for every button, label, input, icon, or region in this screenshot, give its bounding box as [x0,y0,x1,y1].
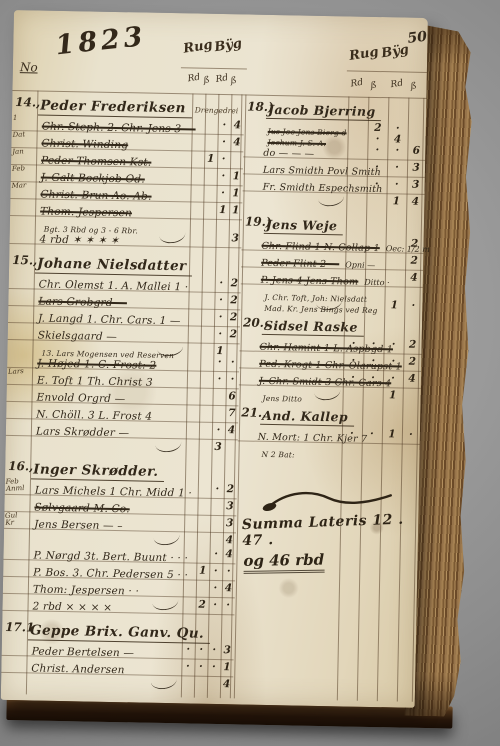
ledger-entry: 15.,Johane NielsdatterChr. Olemst 1. A. … [6,252,242,454]
value-cell: · [226,356,239,368]
left-column-entries: 14.,Peder FrederiksenDrengedrei1Chr. Ste… [1,94,245,700]
ledger-row: N 2 Bat: [238,441,420,455]
right-subcolumn-3: Rd [390,78,404,90]
ledger-entry: 16.,Inger Skrødder.Feb AnmlLars Michels … [2,458,237,615]
no-column-label: No [20,60,38,74]
value-cell: 4 [230,136,243,148]
right-column-group-2: Bÿg [380,42,410,61]
value-cell: · [215,277,228,289]
value-cell: · [207,661,220,673]
value-cell: 3 [223,500,236,512]
value-cell: 7 [225,407,238,419]
value-cell: · [209,548,222,560]
value-cell: 1 [196,565,209,577]
left-column-group-1: Rug [182,37,213,56]
value-cell: · [367,161,387,173]
ruled-line [181,67,247,69]
row-text: 2 rbd × × × × [32,600,112,614]
ledger-photograph: 1823 No 50 Rug Bÿg Rd ß Rd ß Rug Bÿg Rd … [0,0,500,746]
value-cell: · [383,355,403,367]
value-cell: · [226,373,239,385]
value-cell: 2 [224,483,237,495]
value-cell: · [182,643,195,655]
ledger-row: 2 rbd × × × ×2·· [2,594,234,615]
right-subcolumn-4: ß [410,81,417,92]
summary-line-2: og 46 rbd [241,544,418,575]
value-cell: · [209,565,222,577]
value-cell: · [384,338,404,350]
value-cell: · [402,429,420,441]
value-cell: · [364,338,384,350]
value-cell: · [222,565,235,577]
value-cell: 4 [405,272,423,284]
value-cell: 4 [406,196,424,208]
value-cell: · [217,153,230,165]
value-cell: 3 [407,179,425,191]
value-cell: · [209,599,222,611]
value-cell: 2 [228,277,241,289]
entry-title-note: Drengedrei [195,105,239,115]
ledger-entry: 20.,Sidsel RaskeChr. Hamint 1 L. Aspbgd … [239,314,423,399]
value-cell: 1 [384,299,404,311]
value-cell: 2 [196,599,209,611]
value-cell: 4 [223,534,236,546]
ledger-entry: 19.)Jens WejeChr. Flind 1 N. Collap 1Oec… [240,213,424,309]
value-cell: · [217,136,230,148]
row-text: N 2 Bat: [261,450,294,460]
value-cell: 2 [405,238,423,250]
value-cell: 3 [221,644,234,656]
value-cell: · [367,144,387,156]
value-cell: 3 [223,517,236,529]
value-cell: · [221,599,234,611]
margin-note: Dat [12,131,40,140]
value-cell: 4 [222,548,235,560]
sum-curl [314,389,341,401]
entry-number: 17.1 [5,620,34,635]
summary-text: Summa Lateris 12 . 47 . [242,511,419,549]
ledger-page: 1823 No 50 Rug Bÿg Rd ß Rd ß Rug Bÿg Rd … [1,10,428,708]
value-cell: 2 [227,294,240,306]
value-cell: 1 [386,195,406,207]
entry-number: 18.) [247,99,274,114]
entry-title: Sidsel Raske [262,318,364,337]
value-cell: 1 [220,661,233,673]
row-note: Ditto · [364,278,389,287]
margin-note: Gul Kr [5,511,34,527]
sum-curl [151,678,178,690]
summary-text: og 46 rbd [243,551,324,574]
value-cell: 4 [225,424,238,436]
value-cell: 4 [403,373,421,385]
value-cell: · [214,311,227,323]
value-cell: 6 [407,145,425,157]
entry-number: 16., [8,459,33,473]
value-cell: · [387,178,407,190]
value-cell: · [181,660,194,672]
value-cell: · [362,428,382,440]
value-cell: 3 [212,441,225,453]
value-cell: 4 [231,119,244,131]
value-cell: · [344,337,364,349]
ledger-book: 1823 No 50 Rug Bÿg Rd ß Rd ß Rug Bÿg Rd … [0,10,480,735]
value-cell: 3 [407,162,425,174]
value-cell: · [213,356,226,368]
row-text: Jens Ditto [263,394,303,404]
value-cell: 1 [216,204,229,216]
year-heading: 1823 [54,21,148,61]
value-cell: · [212,424,225,436]
left-column-group-2: Bÿg [213,36,243,55]
entry-number: 15., [12,253,37,267]
ledger-row: Jens Ditto1 [239,385,421,399]
value-cell: · [211,483,224,495]
right-subcolumn-1: Rd [350,78,364,90]
value-cell: · [194,661,207,673]
value-cell: · [367,178,387,190]
left-subcolumn-2: ß [203,75,210,86]
margin-note: Feb Anml [6,478,35,494]
entry-number: 20., [243,315,268,329]
left-subcolumn-3: Rd [215,73,229,85]
value-cell: · [363,372,383,384]
value-cell: · [195,644,208,656]
value-cell: 3 [229,232,242,244]
entry-number: 14., [15,95,40,109]
value-cell: 2 [405,255,423,267]
ledger-entry: 21.,And. KallepN. Mort: 1 Chr. Kjer 7··1… [238,404,421,455]
value-cell: · [387,161,407,173]
value-cell: 2 [403,356,421,368]
value-cell: · [213,373,226,385]
ledger-row: 4 rbd ✶ ✶ ✶ ✶3 [10,227,242,248]
ledger-entry: 14.,Peder FrederiksenDrengedrei1Chr. Ste… [10,94,245,248]
ledger-row: 14 [242,191,424,208]
value-cell: 2 [227,328,240,340]
page-number: 50 [407,29,428,47]
value-cell: 1 [229,187,242,199]
margin-note: 1 [13,114,41,123]
left-subcolumn-4: ß [230,76,237,87]
value-cell: · [363,355,383,367]
value-cell: · [209,582,222,594]
value-cell: 1 [230,170,243,182]
ruled-line [347,70,427,73]
value-cell: · [217,170,230,182]
summary-block: Summa Lateris 12 . 47 .og 46 rbd [241,486,419,575]
margin-note: Lars [8,368,36,377]
value-cell: 6 [226,390,239,402]
left-subcolumn-1: Rd [187,73,201,85]
row-text: 4 rbd ✶ ✶ ✶ ✶ [39,234,119,248]
sum-curl [152,599,179,611]
value-cell: · [208,644,221,656]
value-cell: 2 [227,311,240,323]
entry-title: Jacob Bjerring [266,102,382,121]
value-cell: · [214,294,227,306]
value-cell: 1 [204,153,217,165]
sum-curl [153,534,180,546]
ledger-row: Mad. Kr. Jens Bings ved Reg1· [240,295,422,309]
value-cell: · [343,371,363,383]
right-subcolumn-2: ß [370,81,377,92]
sum-curl [159,232,186,244]
entry-number: 21., [241,405,266,419]
entry-number: 19.) [245,214,272,229]
value-cell: 1 [383,389,403,401]
summary-line-1: Summa Lateris 12 . 47 . [242,512,419,547]
value-cell: · [404,300,422,312]
value-cell: · [216,187,229,199]
value-cell: 1 [229,204,242,216]
sum-curl [318,195,345,207]
right-column-entries: 18.)Jacob BjerringJus Joe Jens Bierg d2·… [233,98,427,703]
margin-note: Mar [11,182,39,191]
right-column-group-1: Rug [348,45,379,64]
value-cell: · [387,144,407,156]
value-cell: · [214,328,227,340]
value-cell: · [343,354,363,366]
value-cell: · [218,119,231,131]
ledger-entry: 17.1Geppe Brix. Ganv. Qu.Peder Bertelsen… [1,619,234,691]
value-cell: 2 [404,339,422,351]
entry-title: And. Kallep [260,408,354,427]
value-cell: · [383,372,403,384]
margin-note: Jan [12,148,40,157]
entry-title: Jens Weje [264,217,344,236]
value-cell: · [342,427,362,439]
margin-note: Feb [12,165,40,174]
value-cell: 4 [220,678,233,690]
ledger-entry: 18.)Jacob BjerringJus Joe Jens Bierg d2·… [242,98,426,208]
ink-flourish-icon [258,487,398,516]
sum-curl [155,441,182,453]
value-cell: 1 [382,428,402,440]
value-cell: 4 [222,582,235,594]
